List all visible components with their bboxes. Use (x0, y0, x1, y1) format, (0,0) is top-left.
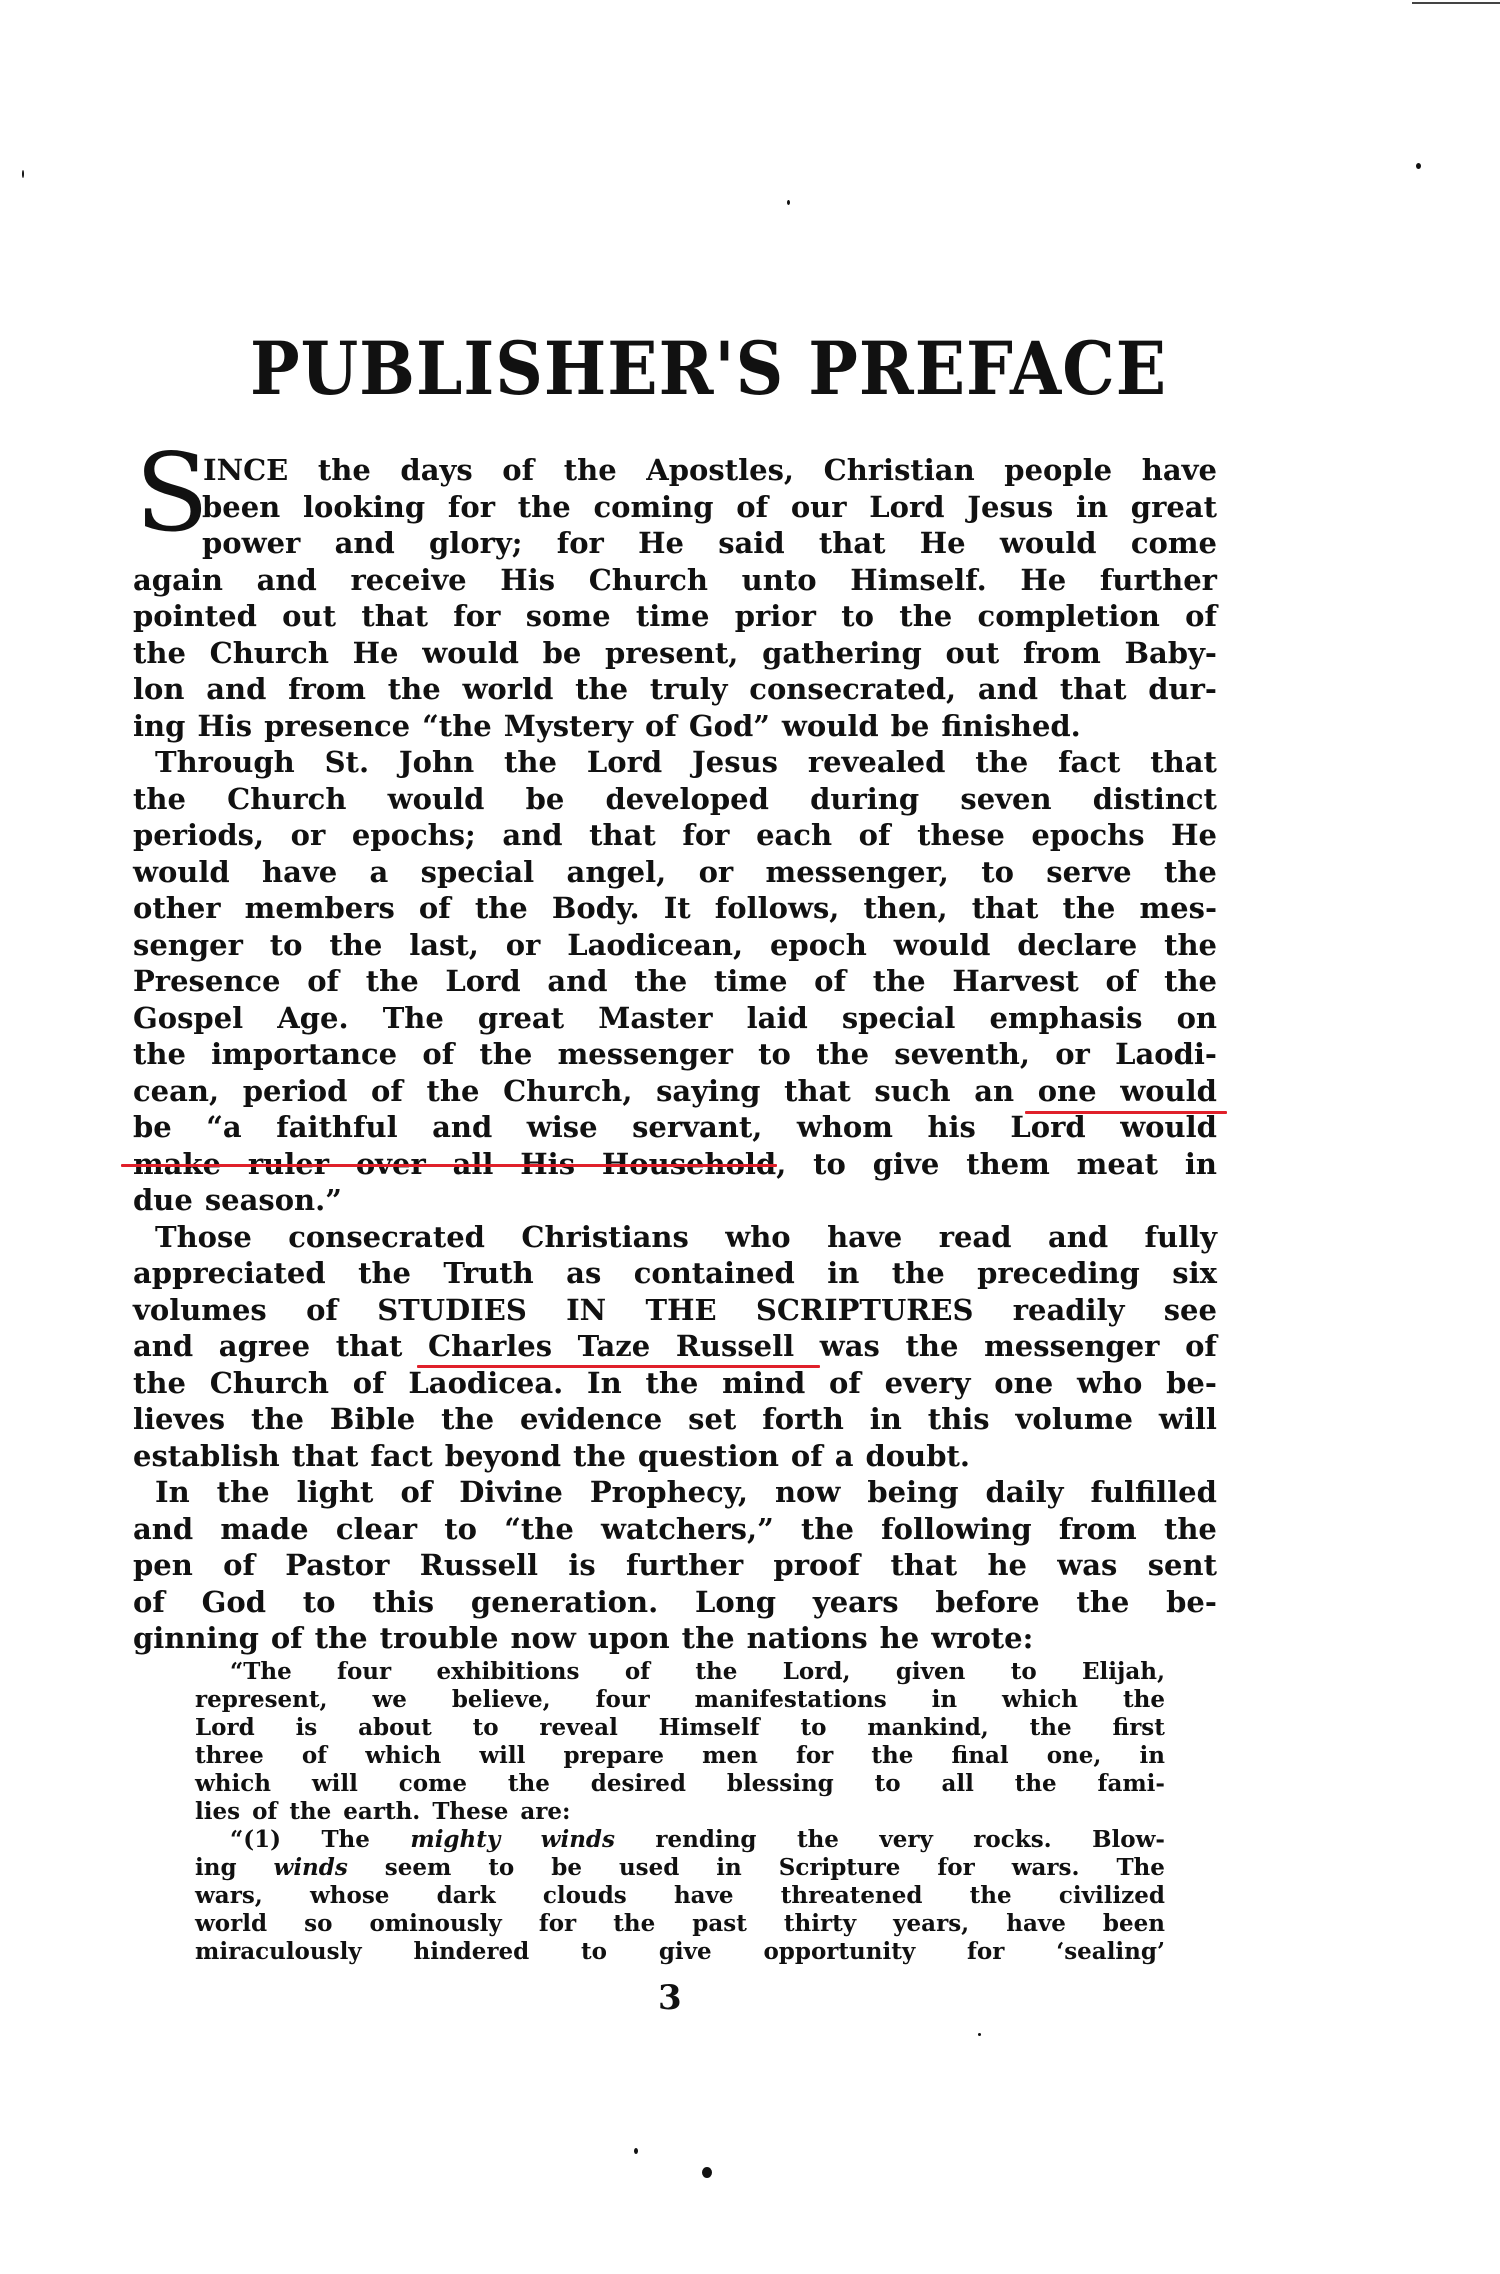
scan-speck (787, 200, 790, 205)
preface-body: INCEthedaysoftheApostles,Christianpeople… (133, 452, 1217, 1657)
text-line: lievestheBibletheevidencesetforthinthisv… (133, 1401, 1217, 1438)
text-line: andagreethatCharlesTazeRussellwasthemess… (133, 1328, 1217, 1365)
text-line: penofPastorRussellisfurtherproofthathewa… (133, 1547, 1217, 1584)
text-line: be“afaithfulandwiseservant,whomhisLordwo… (133, 1109, 1217, 1146)
text-line: PresenceoftheLordandthetimeoftheHarvesto… (133, 963, 1217, 1000)
text-line: appreciatedtheTruthascontainedintheprece… (133, 1255, 1217, 1292)
text-line: InthelightofDivineProphecy,nowbeingdaily… (133, 1474, 1217, 1511)
text-line: “ThefourexhibitionsoftheLord,giventoElij… (195, 1658, 1165, 1686)
text-line: othermembersoftheBody.Itfollows,then,tha… (133, 890, 1217, 927)
text-line: beenlookingforthecomingofourLordJesusing… (133, 489, 1217, 526)
annotation-underline-faithful-wise-servant (121, 1164, 777, 1167)
text-line: ingwindsseemtobeusedinScriptureforwars.T… (195, 1854, 1165, 1882)
text-line: establishthatfactbeyondthequestionofadou… (133, 1438, 1217, 1475)
text-line: “(1)Themightywindsrendingtheveryrocks.Bl… (195, 1826, 1165, 1854)
text-line: theimportanceofthemessengertotheseventh,… (133, 1036, 1217, 1073)
scan-speck (702, 2167, 712, 2178)
text-line: worldsoominouslyforthepastthirtyyears,ha… (195, 1910, 1165, 1938)
text-line: dueseason.” (133, 1182, 1217, 1219)
text-line: ginningofthetroublenowuponthenationshewr… (133, 1620, 1217, 1657)
text-line: miraculouslyhinderedtogiveopportunityfor… (195, 1938, 1165, 1966)
text-line: LordisabouttorevealHimselftomankind,thef… (195, 1714, 1165, 1742)
text-line: INCEthedaysoftheApostles,Christianpeople… (133, 452, 1217, 489)
text-line: represent,webelieve,fourmanifestationsin… (195, 1686, 1165, 1714)
text-line: periods,orepochs;andthatforeachoftheseep… (133, 817, 1217, 854)
text-line: wouldhaveaspecialangel,ormessenger,toser… (133, 854, 1217, 891)
text-line: lonandfromtheworldthetrulyconsecrated,an… (133, 671, 1217, 708)
text-line: theChurchofLaodicea.Inthemindofeveryonew… (133, 1365, 1217, 1402)
text-line: sengertothelast,orLaodicean,epochwouldde… (133, 927, 1217, 964)
annotation-underline-charles-taze-russell (417, 1365, 820, 1368)
text-line: andmadeclearto“thewatchers,”thefollowing… (133, 1511, 1217, 1548)
text-line: pointedoutthatforsometimepriortothecompl… (133, 598, 1217, 635)
text-line: powerandglory;forHesaidthatHewouldcome (133, 525, 1217, 562)
scan-speck (634, 2148, 638, 2154)
scan-speck (1416, 163, 1421, 169)
scanned-page: PUBLISHER'S PREFACE S INCEthedaysoftheAp… (0, 0, 1500, 2274)
page-number: 3 (658, 1978, 682, 2018)
text-line: wars,whosedarkcloudshavethreatenedtheciv… (195, 1882, 1165, 1910)
scan-speck (22, 170, 24, 178)
text-line: theChurchwouldbedevelopedduringsevendist… (133, 781, 1217, 818)
text-line: ThoseconsecratedChristianswhohavereadand… (133, 1219, 1217, 1256)
text-line: ThroughSt.JohntheLordJesusrevealedthefac… (133, 744, 1217, 781)
text-line: volumesofSTUDIESINTHESCRIPTURESreadilyse… (133, 1292, 1217, 1329)
annotation-underline-one-would (1025, 1111, 1227, 1114)
text-line: threeofwhichwillpreparemenforthefinalone… (195, 1742, 1165, 1770)
text-line: againandreceiveHisChurchuntoHimself.Hefu… (133, 562, 1217, 599)
text-line: GospelAge.ThegreatMasterlaidspecialempha… (133, 1000, 1217, 1037)
block-quote: “ThefourexhibitionsoftheLord,giventoElij… (195, 1658, 1165, 1966)
text-line: theChurchHewouldbepresent,gatheringoutfr… (133, 635, 1217, 672)
scan-speck (978, 2033, 981, 2036)
page-title: PUBLISHER'S PREFACE (250, 326, 1140, 412)
scan-edge-mark (1412, 2, 1500, 4)
text-line: ingHispresence“theMysteryofGod”wouldbefi… (133, 708, 1217, 745)
text-line: liesoftheearth.Theseare: (195, 1798, 1165, 1826)
text-line: cean,periodoftheChurch,sayingthatsuchano… (133, 1073, 1217, 1110)
text-line: whichwillcomethedesiredblessingtoallthef… (195, 1770, 1165, 1798)
text-line: ofGodtothisgeneration.Longyearsbeforethe… (133, 1584, 1217, 1621)
